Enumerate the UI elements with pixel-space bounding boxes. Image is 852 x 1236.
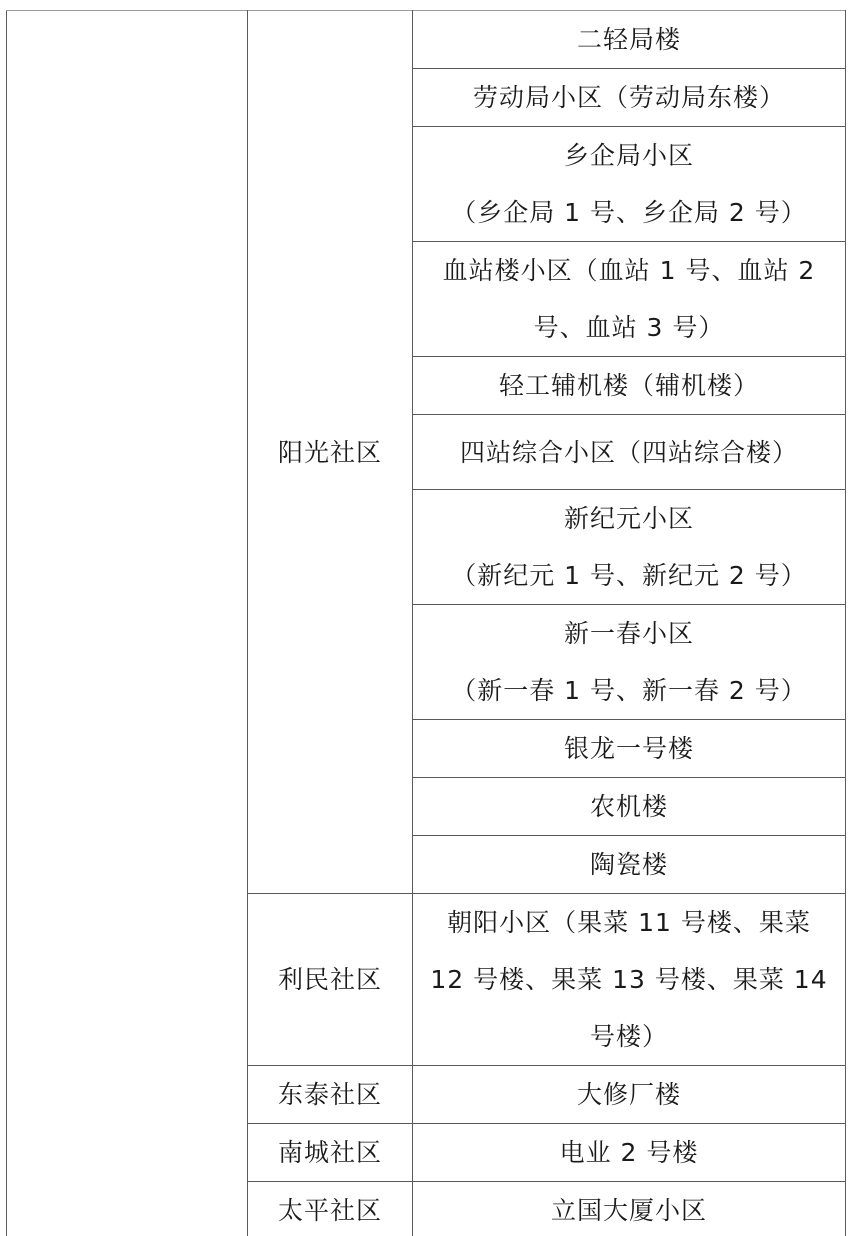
building-cell: 乡企局小区 （乡企局 1 号、乡企局 2 号） xyxy=(413,127,846,242)
community-name: 利民社区 xyxy=(256,951,404,1008)
building-name: 大修厂楼 xyxy=(421,1066,837,1123)
building-name: 电业 2 号楼 xyxy=(421,1124,837,1181)
building-detail: 号、血站 3 号） xyxy=(421,299,837,356)
building-cell: 银龙一号楼 xyxy=(413,720,846,778)
building-cell: 血站楼小区（血站 1 号、血站 2 号、血站 3 号） xyxy=(413,242,846,357)
community-cell: 南城社区 xyxy=(248,1124,413,1182)
building-name: 新纪元小区 xyxy=(421,490,837,547)
building-cell: 劳动局小区（劳动局东楼） xyxy=(413,69,846,127)
building-name: 陶瓷楼 xyxy=(421,836,837,893)
building-name: 银龙一号楼 xyxy=(421,720,837,777)
table-row: 阳光社区 二轻局楼 xyxy=(7,11,846,69)
building-cell: 大修厂楼 xyxy=(413,1066,846,1124)
community-cell: 东泰社区 xyxy=(248,1066,413,1124)
building-name: 血站楼小区（血站 1 号、血站 2 xyxy=(421,242,837,299)
community-name: 南城社区 xyxy=(256,1124,404,1181)
community-cell: 太平社区 xyxy=(248,1182,413,1236)
community-cell: 阳光社区 xyxy=(248,11,413,894)
building-cell: 四站综合小区（四站综合楼） xyxy=(413,415,846,490)
building-detail: （新一春 1 号、新一春 2 号） xyxy=(421,662,837,719)
building-cell: 轻工辅机楼（辅机楼） xyxy=(413,357,846,415)
building-name: 二轻局楼 xyxy=(421,11,837,68)
building-detail: （乡企局 1 号、乡企局 2 号） xyxy=(421,184,837,241)
building-name: 朝阳小区（果菜 11 号楼、果菜 xyxy=(421,894,837,951)
building-name: 四站综合小区（四站综合楼） xyxy=(421,424,837,481)
building-detail: 号楼） xyxy=(421,1008,837,1065)
building-cell: 陶瓷楼 xyxy=(413,836,846,894)
community-name: 东泰社区 xyxy=(256,1066,404,1123)
building-name: 轻工辅机楼（辅机楼） xyxy=(421,357,837,414)
building-name: 新一春小区 xyxy=(421,605,837,662)
building-cell: 立国大厦小区 xyxy=(413,1182,846,1236)
community-name: 阳光社区 xyxy=(256,424,404,481)
building-cell: 农机楼 xyxy=(413,778,846,836)
building-detail: （新纪元 1 号、新纪元 2 号） xyxy=(421,547,837,604)
building-cell: 新纪元小区 （新纪元 1 号、新纪元 2 号） xyxy=(413,490,846,605)
building-cell: 电业 2 号楼 xyxy=(413,1124,846,1182)
building-name: 农机楼 xyxy=(421,778,837,835)
building-cell: 二轻局楼 xyxy=(413,11,846,69)
building-name: 乡企局小区 xyxy=(421,127,837,184)
community-name: 太平社区 xyxy=(256,1182,404,1236)
building-name: 立国大厦小区 xyxy=(421,1182,837,1236)
community-cell: 利民社区 xyxy=(248,894,413,1066)
building-name: 劳动局小区（劳动局东楼） xyxy=(421,69,837,126)
building-cell: 朝阳小区（果菜 11 号楼、果菜 12 号楼、果菜 13 号楼、果菜 14 号楼… xyxy=(413,894,846,1066)
residence-table: 阳光社区 二轻局楼 劳动局小区（劳动局东楼） 乡企局小区 （乡企局 1 号、乡企… xyxy=(6,10,846,1236)
building-detail: 12 号楼、果菜 13 号楼、果菜 14 xyxy=(421,951,837,1008)
building-cell: 新一春小区 （新一春 1 号、新一春 2 号） xyxy=(413,605,846,720)
district-cell xyxy=(7,11,248,1236)
